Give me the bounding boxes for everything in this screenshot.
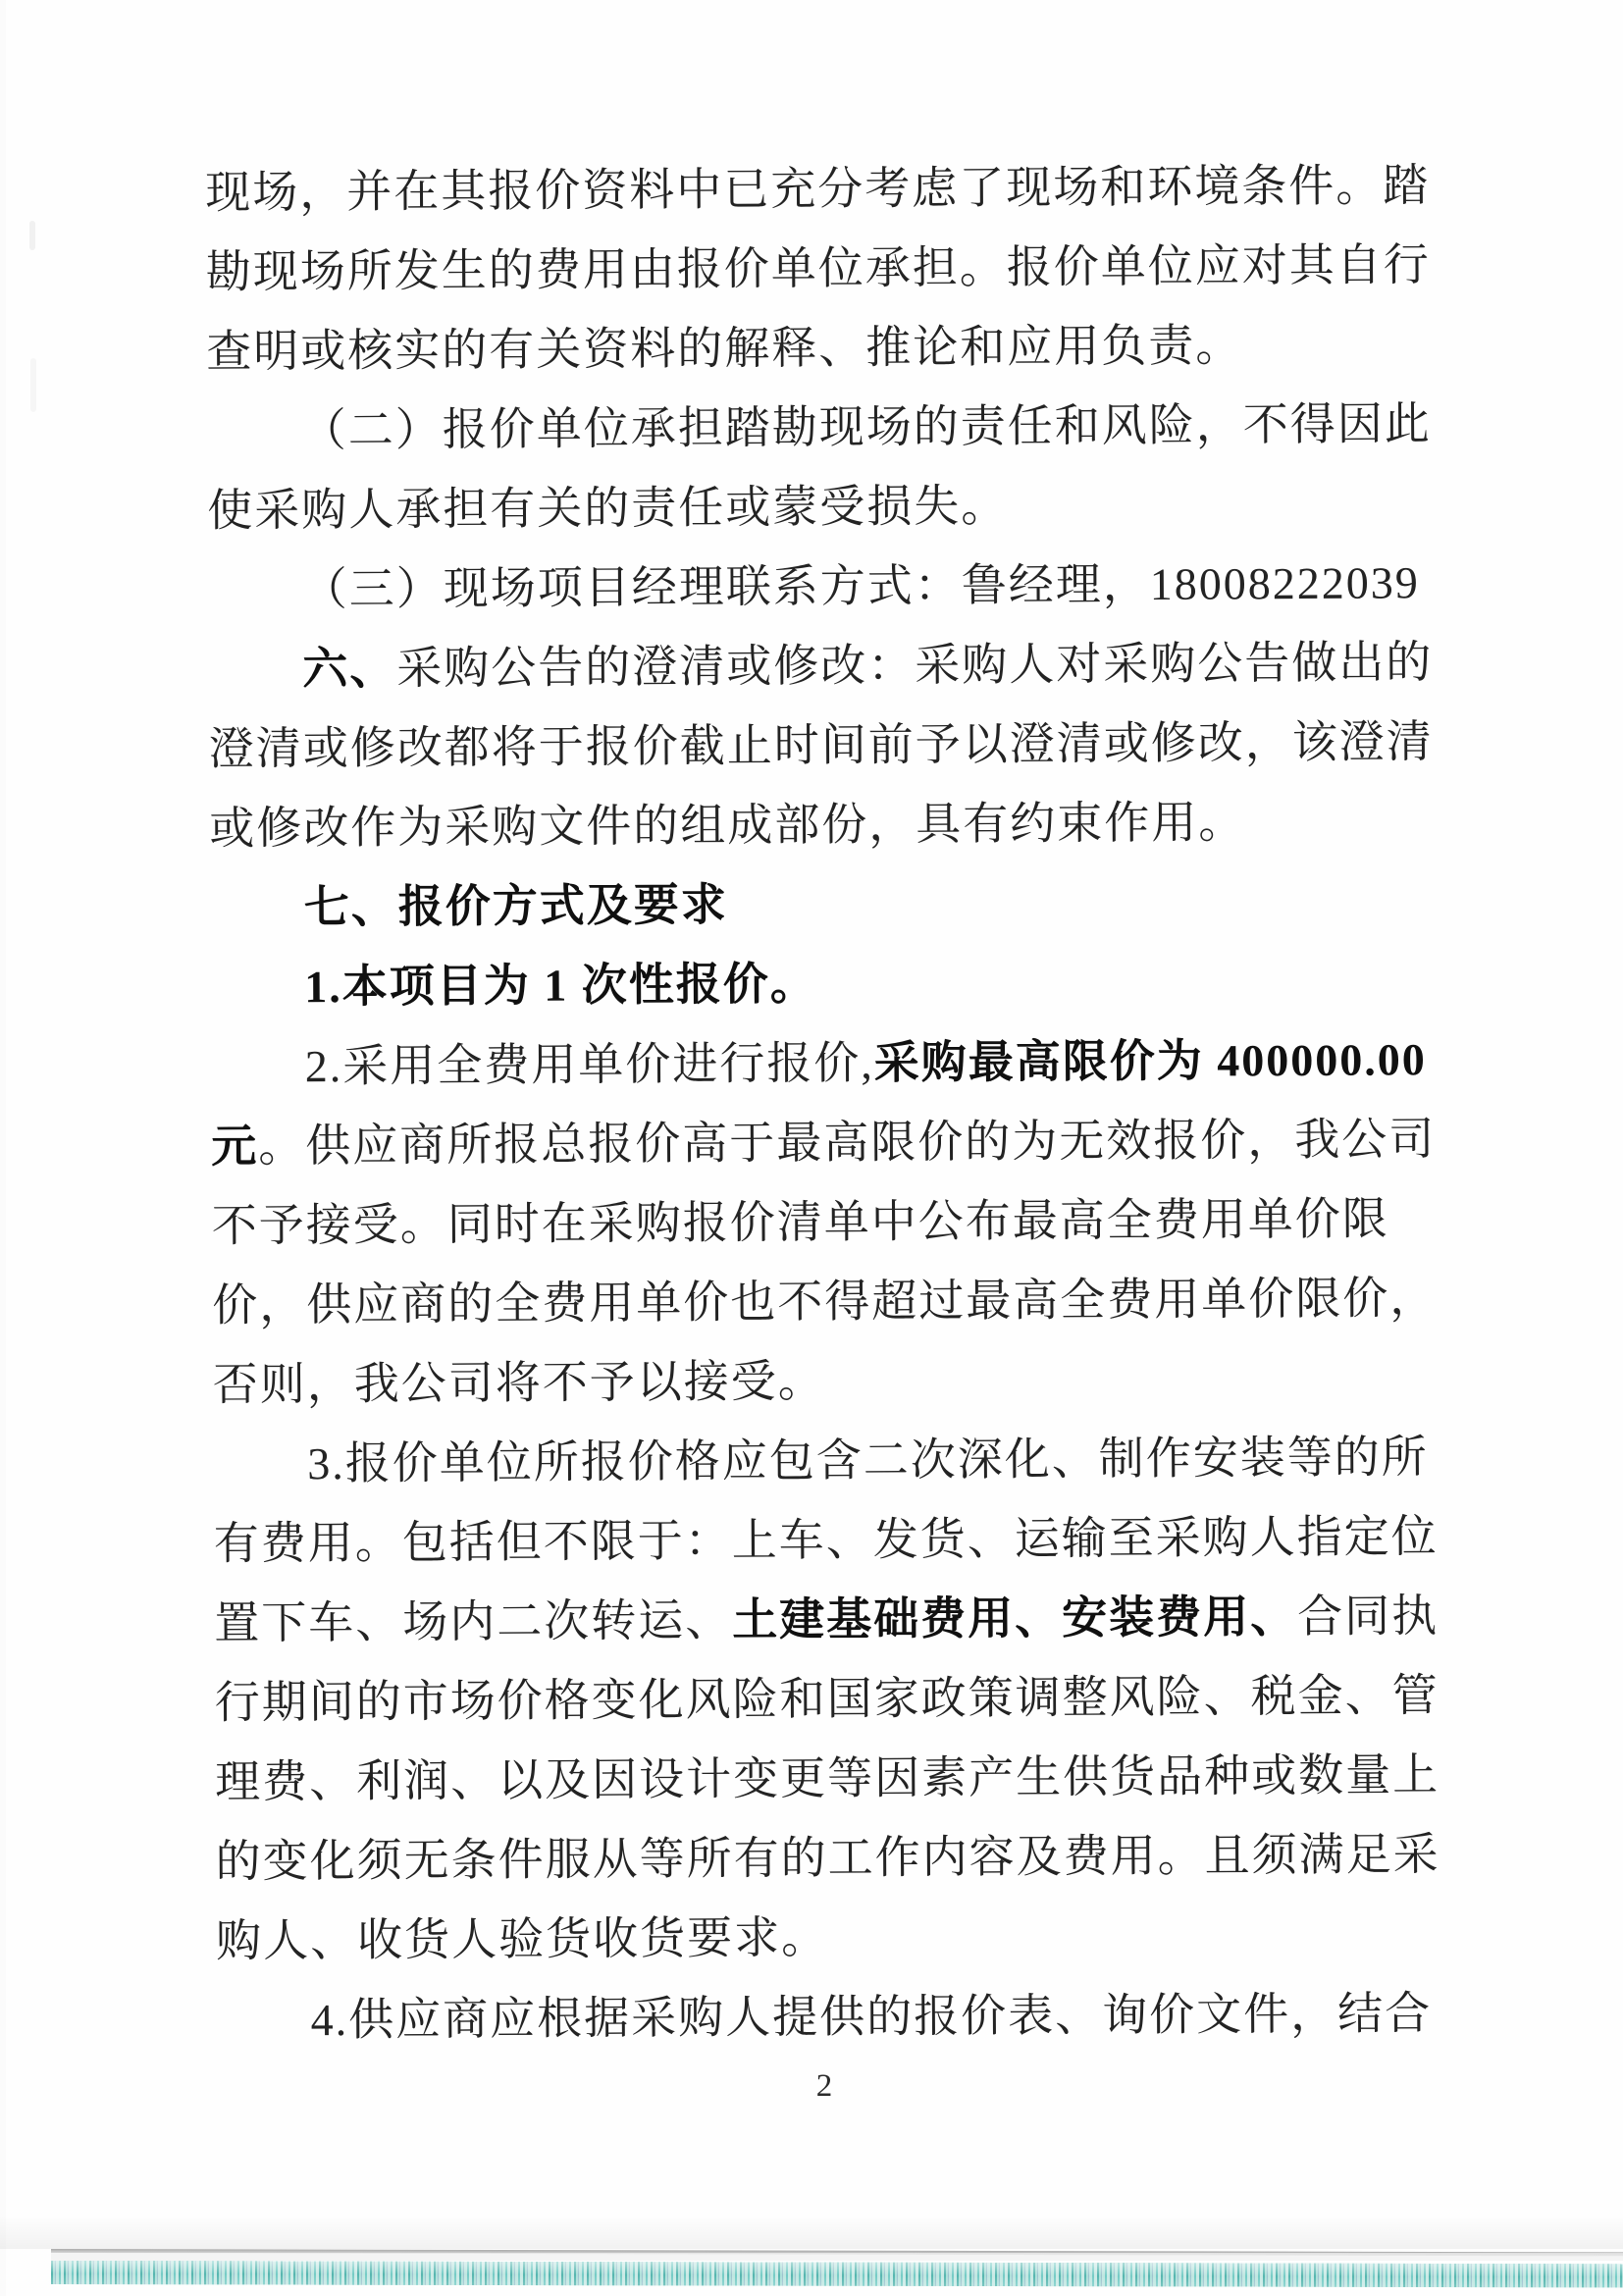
text-segment: （二）报价单位承担踏勘现场的责任和风险，不得因此 (301, 398, 1432, 455)
text-segment-bold: 1.本项目为 1 次性报价。 (304, 959, 817, 1012)
text-segment: 2.采用全费用单价进行报价, (305, 1038, 874, 1092)
text-segment: 4.供应商应根据采购人提供的报价表、询价文件，结合 (311, 1988, 1433, 2045)
text-line: 勘现场所发生的费用由报价单位承担。报价单位应对其自行 (206, 225, 1433, 312)
scan-smudge (29, 221, 35, 250)
text-line: 1.本项目为 1 次性报价。 (210, 940, 1437, 1027)
text-line: 的变化须无条件服从等所有的工作内容及费用。且须满足采 (215, 1814, 1441, 1902)
text-segment: 行期间的市场价格变化风险和国家政策调整风险、税金、管 (215, 1670, 1440, 1728)
text-segment-bold: 七、报价方式及要求 (304, 880, 728, 933)
text-line: 六、采购公告的澄清或修改：采购人对采购公告做出的 (208, 622, 1435, 709)
text-segment: 采购公告的澄清或修改：采购人对采购公告做出的 (396, 637, 1433, 693)
text-segment: 置下车、场内二次转运、 (214, 1595, 732, 1648)
text-line: 澄清或修改都将于报价截止时间前予以澄清或修改，该澄清 (209, 702, 1436, 789)
text-segment: 使采购人承担有关的责任或蒙受损失。 (207, 481, 1008, 536)
text-line: 价，供应商的全费用单价也不得超过最高全费用单价限价， (212, 1258, 1439, 1345)
text-line: 2.采用全费用单价进行报价,采购最高限价为 400000.00 (211, 1019, 1438, 1107)
text-segment: 或修改作为采购文件的组成部份，具有约束作用。 (209, 797, 1245, 853)
document-text-block: 现场，并在其报价资料中已充分考虑了现场和环境条件。踏勘现场所发生的费用由报价单位… (205, 145, 1443, 2061)
text-line: （二）报价单位承担踏勘现场的责任和风险，不得因此 (207, 384, 1434, 471)
scan-smudge (30, 358, 36, 412)
text-line: 查明或核实的有关资料的解释、推论和应用负责。 (206, 304, 1433, 391)
text-segment: 的变化须无条件服从等所有的工作内容及费用。且须满足采 (216, 1829, 1440, 1887)
text-segment: 购人、收货人验货收货要求。 (216, 1912, 828, 1966)
page-number: 2 (211, 2068, 1438, 2105)
text-segment: 查明或核实的有关资料的解释、推论和应用负责。 (206, 320, 1242, 376)
text-segment: 澄清或修改都将于报价截止时间前予以澄清或修改，该澄清 (209, 716, 1434, 774)
text-segment: 3.报价单位所报价格应包含二次深化、制作安装等的所 (307, 1432, 1429, 1488)
scanner-fabric-band (51, 2261, 1623, 2287)
text-line: 或修改作为采购文件的组成部份，具有约束作用。 (209, 781, 1436, 868)
text-segment-bold: 六、 (302, 644, 396, 695)
text-segment: 理费、利润、以及因设计变更等因素产生供货品种或数量上 (215, 1749, 1440, 1807)
text-line: 4.供应商应根据采购人提供的报价表、询价文件，结合 (216, 1973, 1442, 2061)
text-segment: 合同执 (1297, 1591, 1439, 1642)
document-page: 现场，并在其报价资料中已充分考虑了现场和环境条件。踏勘现场所发生的费用由报价单位… (0, 0, 1623, 2296)
text-segment-bold: 采购最高限价为 400000.00 (874, 1034, 1427, 1087)
scan-edge-gap (51, 2253, 1623, 2261)
text-line: 现场，并在其报价资料中已充分考虑了现场和环境条件。踏 (205, 145, 1432, 233)
text-line: 元。供应商所报总报价高于最高限价的为无效报价，我公司 (211, 1099, 1438, 1186)
text-line: 行期间的市场价格变化风险和国家政策调整风险、税金、管 (214, 1655, 1440, 1743)
text-line: 七、报价方式及要求 (210, 861, 1437, 948)
text-line: 使采购人承担有关的责任或蒙受损失。 (207, 463, 1434, 550)
text-line: （三）现场项目经理联系方式：鲁经理，18008222039 (208, 543, 1435, 630)
text-line: 3.报价单位所报价格应包含二次深化、制作安装等的所 (213, 1417, 1440, 1504)
text-segment: 勘现场所发生的费用由报价单位承担。报价单位应对其自行 (206, 239, 1431, 297)
text-segment-bold: 元 (211, 1122, 258, 1172)
text-segment: 价，供应商的全费用单价也不得超过最高全费用单价限价， (212, 1273, 1437, 1331)
text-line: 有费用。包括但不限于：上车、发货、运输至采购人指定位 (213, 1496, 1440, 1584)
text-segment: 不予接受。同时在采购报价清单中公布最高全费用单价限 (212, 1193, 1389, 1250)
text-segment: 现场，并在其报价资料中已充分考虑了现场和环境条件。踏 (205, 160, 1430, 218)
text-line: 理费、利润、以及因设计变更等因素产生供货品种或数量上 (215, 1735, 1441, 1822)
text-segment: 有费用。包括但不限于：上车、发货、运输至采购人指定位 (214, 1511, 1439, 1569)
text-line: 购人、收货人验货收货要求。 (216, 1894, 1442, 1981)
text-segment: （三）现场项目经理联系方式：鲁经理，18008222039 (302, 557, 1420, 614)
scan-edge-shadow (0, 2216, 1623, 2249)
text-line: 置下车、场内二次转运、土建基础费用、安装费用、合同执 (214, 1576, 1440, 1663)
text-segment: 否则，我公司将不予以接受。 (213, 1356, 825, 1410)
text-segment-bold: 土建基础费用、安装费用、 (732, 1592, 1297, 1645)
text-line: 否则，我公司将不予以接受。 (212, 1337, 1439, 1425)
text-line: 不予接受。同时在采购报价清单中公布最高全费用单价限 (212, 1178, 1439, 1266)
text-segment: 。供应商所报总报价高于最高限价的为无效报价，我公司 (258, 1114, 1436, 1171)
